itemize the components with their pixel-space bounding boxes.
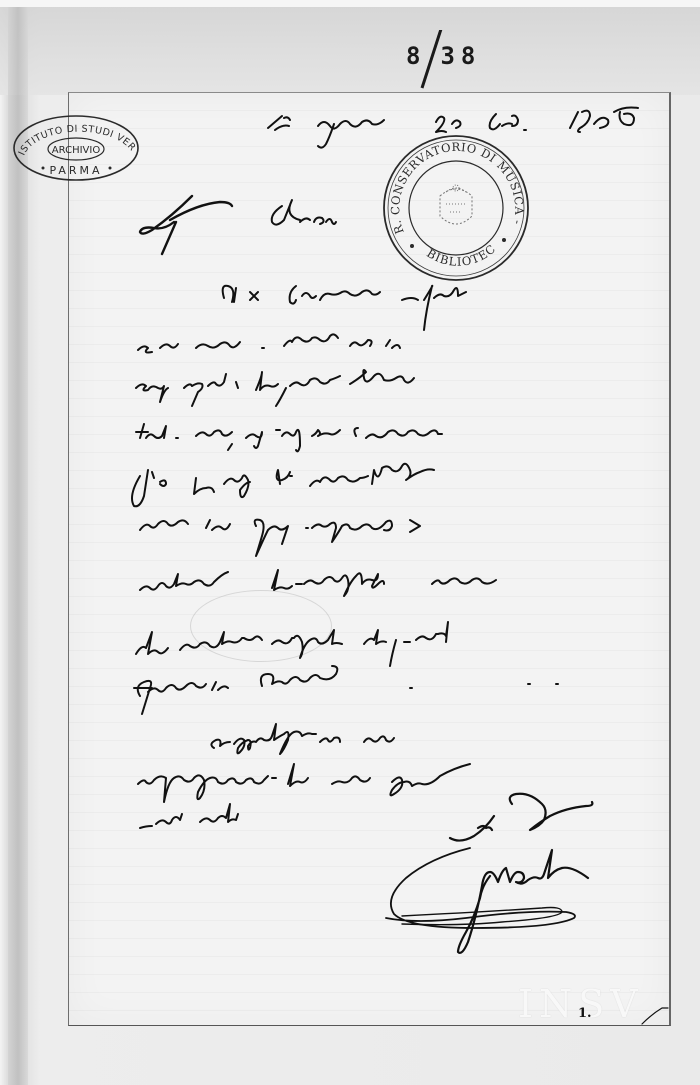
scan-top-margin	[0, 0, 700, 7]
page-mark: 1.	[578, 1006, 592, 1021]
folio-left: 8	[406, 42, 426, 70]
library-stamp: R. CONSERVATORIO DI MUSICA - PARMA BIBLI…	[380, 132, 532, 284]
folio-label: 838	[406, 42, 481, 70]
archive-stamp-center-text: ARCHIVIO	[52, 145, 101, 156]
library-stamp-icon: R. CONSERVATORIO DI MUSICA - PARMA BIBLI…	[380, 132, 532, 284]
library-stamp-outer-text: R. CONSERVATORIO DI MUSICA - PARMA	[380, 132, 526, 236]
archive-stamp-bottom-text: PARMA	[49, 164, 102, 177]
coat-of-arms-icon	[440, 185, 472, 224]
paper-texture	[69, 93, 669, 1025]
archive-stamp-icon: ISTITUTO DI STUDI VERDIANI ARCHIVIO PARM…	[10, 112, 142, 184]
letter-page	[68, 92, 671, 1026]
folio-right: 38	[440, 42, 481, 70]
folio-number: 838	[398, 30, 488, 90]
archive-stamp: ISTITUTO DI STUDI VERDIANI ARCHIVIO PARM…	[10, 112, 142, 184]
svg-text:R. CONSERVATORIO DI MUSICA - P: R. CONSERVATORIO DI MUSICA - PARMA	[380, 132, 526, 236]
scan-top-shadow	[0, 7, 700, 95]
faded-stamp-impression	[190, 590, 332, 662]
